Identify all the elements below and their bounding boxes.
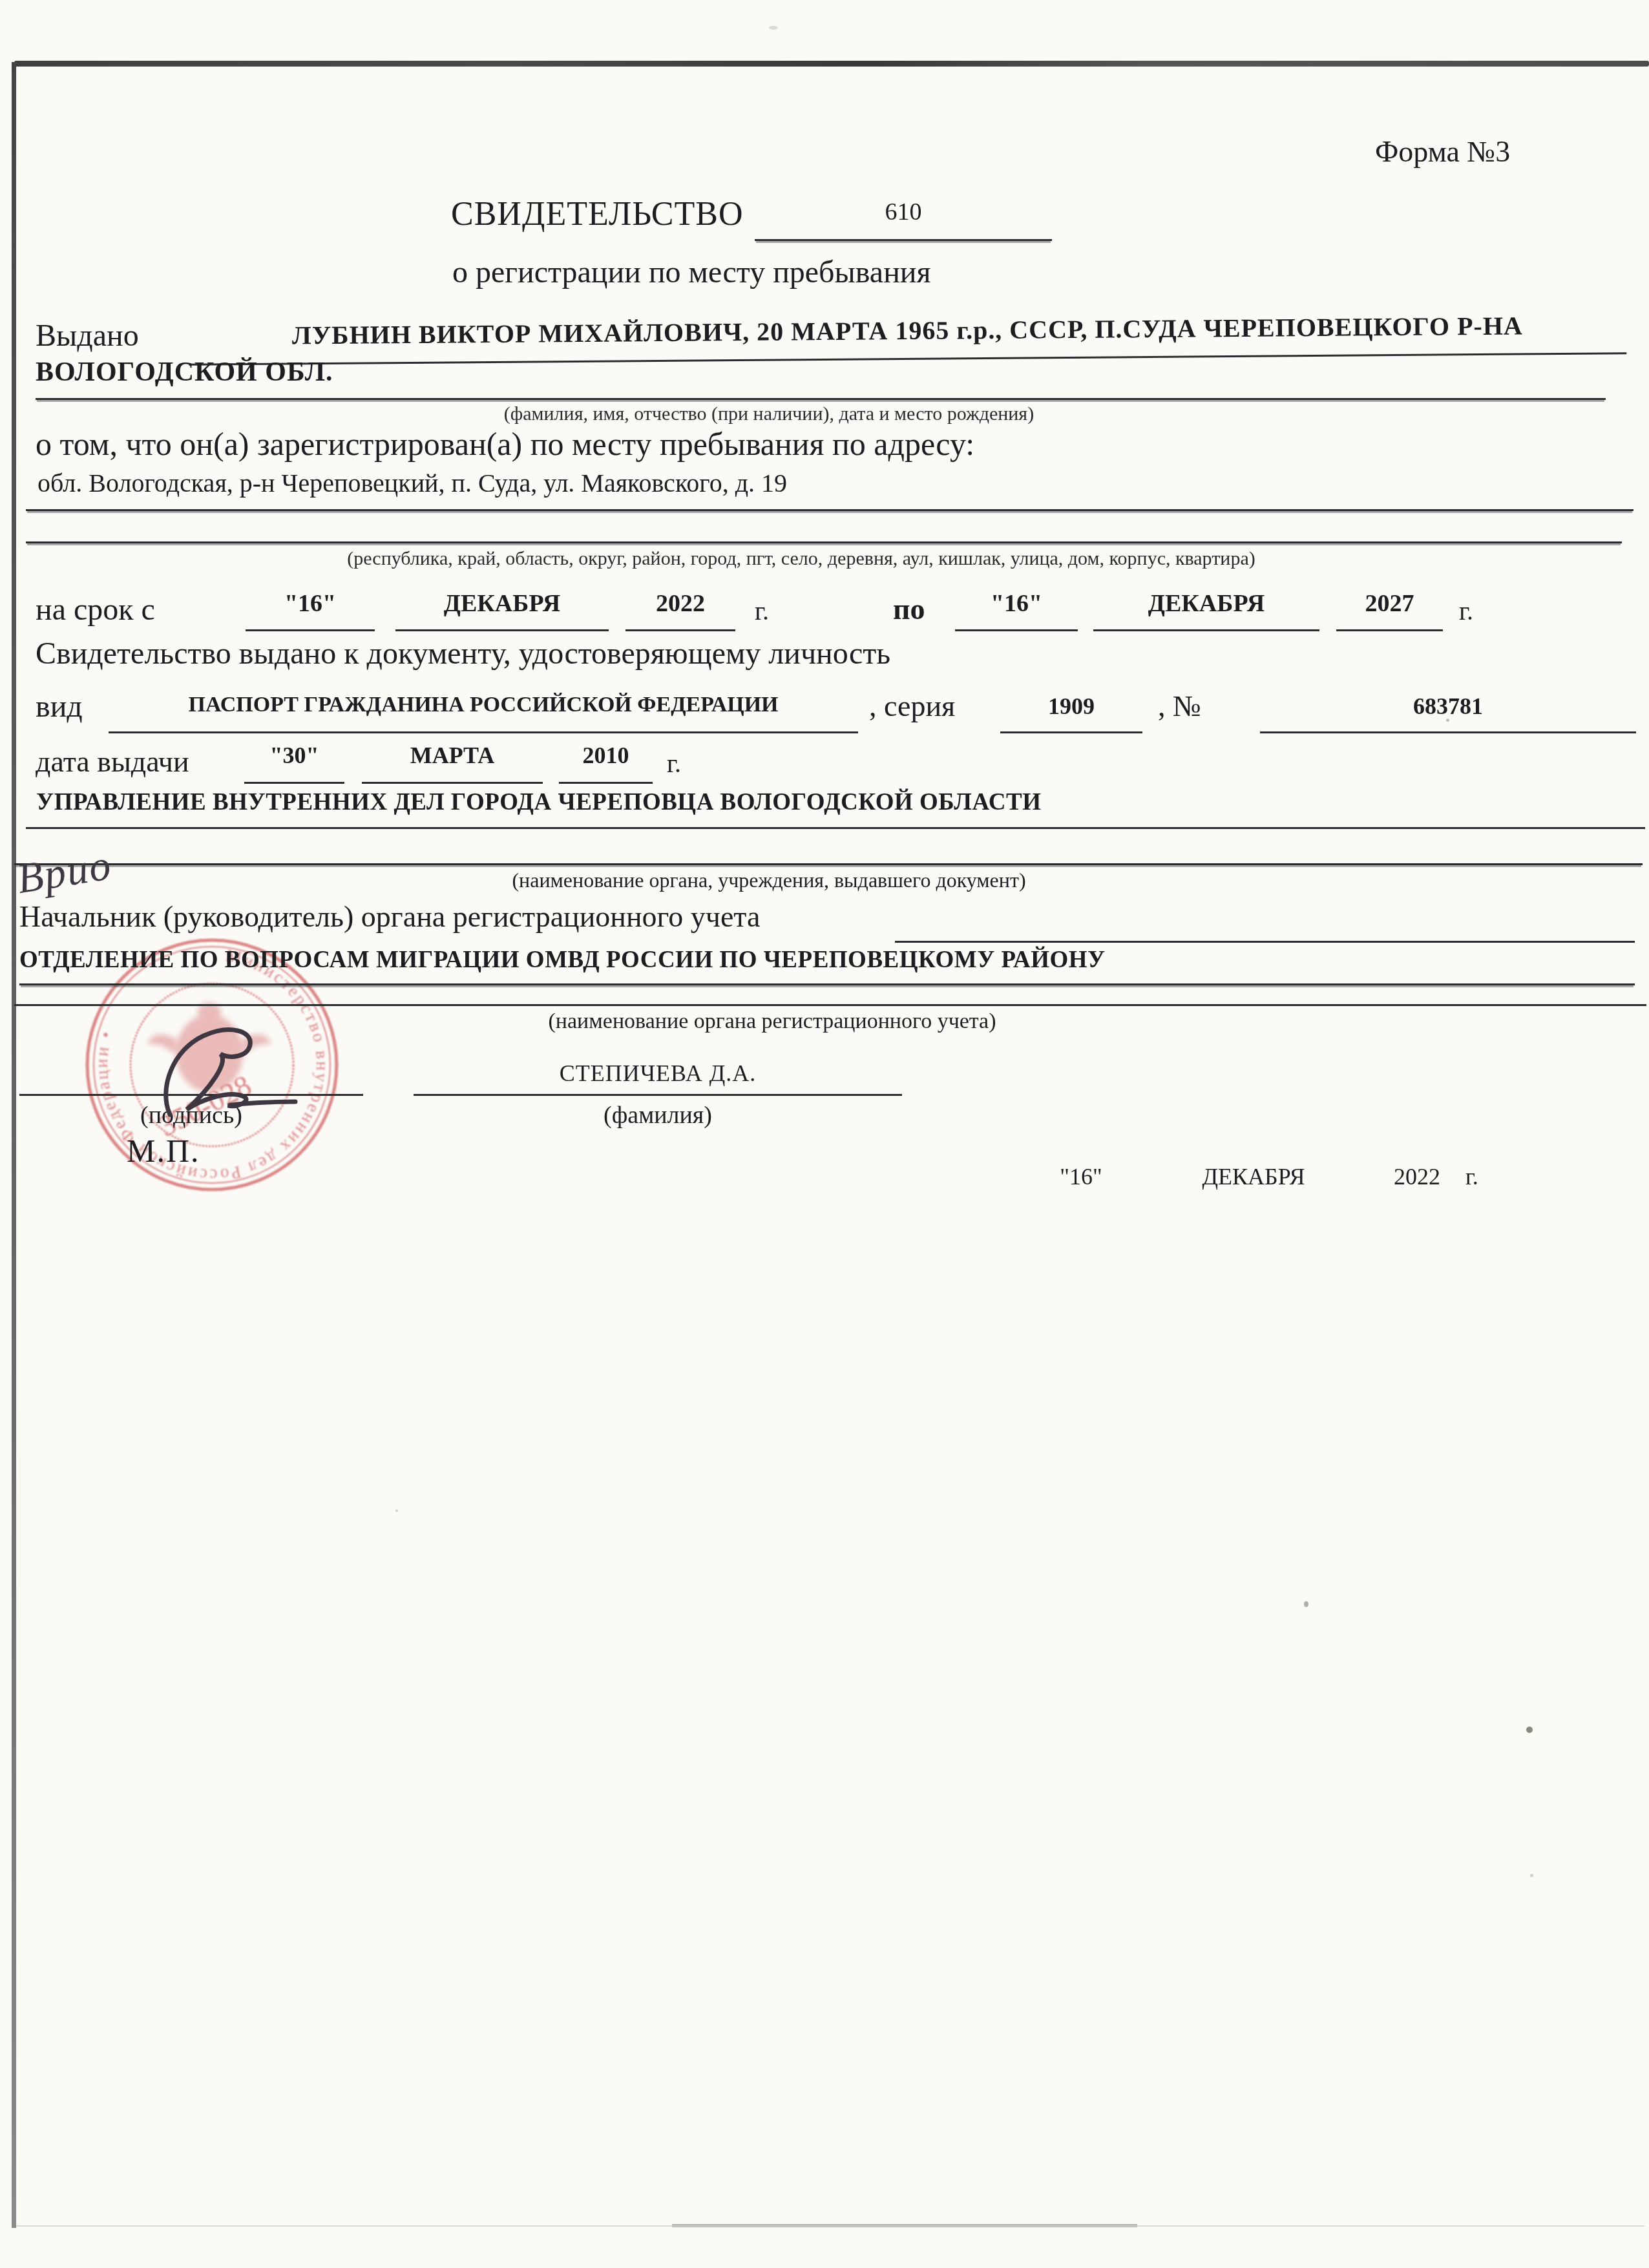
doc-type-label: вид <box>36 689 83 724</box>
registrar-org-blank-line <box>14 987 1646 1006</box>
doc-type-field: ПАСПОРТ ГРАЖДАНИНА РОССИЙСКОЙ ФЕДЕРАЦИИ <box>109 693 858 733</box>
period-from-year-field: 2022 <box>625 589 735 631</box>
certificate-number-field: 610 <box>755 198 1052 241</box>
registrar-org-caption: (наименование органа регистрационного уч… <box>472 1009 1073 1034</box>
scan-bottom-edge-faint <box>16 2225 1644 2227</box>
period-from-month-field: ДЕКАБРЯ <box>395 589 609 631</box>
scan-speck <box>395 1509 398 1512</box>
address-caption: (республика, край, область, округ, район… <box>155 548 1447 570</box>
period-to-year-field: 2027 <box>1336 589 1443 631</box>
certificate-title: СВИДЕТЕЛЬСТВО <box>451 195 744 233</box>
period-from-day-field: "16" <box>246 589 375 631</box>
bottom-date-month: ДЕКАБРЯ <box>1182 1163 1325 1190</box>
period-from-year-suffix: г. <box>755 596 769 626</box>
form-label: Форма №3 <box>1375 134 1510 169</box>
authority-blank-line <box>14 835 1643 865</box>
scan-speck <box>1526 1727 1533 1733</box>
doc-issue-year-field: 2010 <box>559 742 653 784</box>
doc-issue-date-label: дата выдачи <box>36 744 189 779</box>
issued-to-label: Выдано <box>36 318 139 353</box>
period-to-day-field: "16" <box>955 589 1078 631</box>
scanned-document-page: Форма №3 СВИДЕТЕЛЬСТВО 610 о регистрации… <box>0 0 1649 2268</box>
address-value: обл. Вологодская, р-н Череповецкий, п. С… <box>26 468 1633 511</box>
signature-stroke <box>132 1011 346 1153</box>
doc-number-label: , № <box>1158 689 1201 723</box>
bottom-date-suffix: г. <box>1465 1163 1478 1190</box>
registrar-name-caption: (фамилия) <box>414 1101 902 1129</box>
certificate-subtitle: о регистрации по месту пребывания <box>452 255 931 290</box>
doc-issue-year-suffix: г. <box>667 748 681 779</box>
identity-doc-intro: Свидетельство выдано к документу, удосто… <box>36 636 890 671</box>
issued-to-caption: (фамилия, имя, отчество (при наличии), д… <box>362 403 1176 425</box>
period-to-month-field: ДЕКАБРЯ <box>1093 589 1319 631</box>
scan-left-edge <box>12 62 16 2228</box>
registrar-head-blank-line <box>895 905 1635 943</box>
scan-speck <box>769 26 778 30</box>
issued-to-value-line2: ВОЛОГОДСКОЙ ОБЛ. <box>36 357 1606 400</box>
registrar-name-value: СТЕПИЧЕВА Д.А. <box>414 1060 902 1096</box>
doc-issue-month-field: МАРТА <box>362 742 543 784</box>
registrar-org-value: ОТДЕЛЕНИЕ ПО ВОПРОСАМ МИГРАЦИИ ОМВД РОСС… <box>19 946 1635 985</box>
doc-series-field: 1909 <box>1000 693 1142 733</box>
doc-issuing-authority: УПРАВЛЕНИЕ ВНУТРЕННИХ ДЕЛ ГОРОДА ЧЕРЕПОВ… <box>26 788 1645 829</box>
bottom-date-year: 2022 <box>1381 1163 1453 1190</box>
doc-issue-day-field: "30" <box>244 742 344 784</box>
authority-caption: (наименование органа, учреждения, выдавш… <box>394 868 1144 892</box>
doc-series-label: , серия <box>869 689 955 723</box>
registration-intro: о том, что он(а) зарегистрирован(а) по м… <box>36 425 974 463</box>
address-blank-line <box>26 517 1622 543</box>
period-from-label: на срок с <box>36 592 155 627</box>
period-to-year-suffix: г. <box>1459 596 1473 626</box>
bottom-date-day: "16" <box>1039 1163 1123 1190</box>
period-to-label: по <box>893 592 925 626</box>
scan-top-edge <box>14 61 1649 67</box>
scan-speck <box>1530 1874 1533 1877</box>
doc-number-field: 683781 <box>1260 693 1636 733</box>
scan-speck <box>1304 1601 1308 1607</box>
registrar-head-label: Начальник (руководитель) органа регистра… <box>19 899 760 934</box>
